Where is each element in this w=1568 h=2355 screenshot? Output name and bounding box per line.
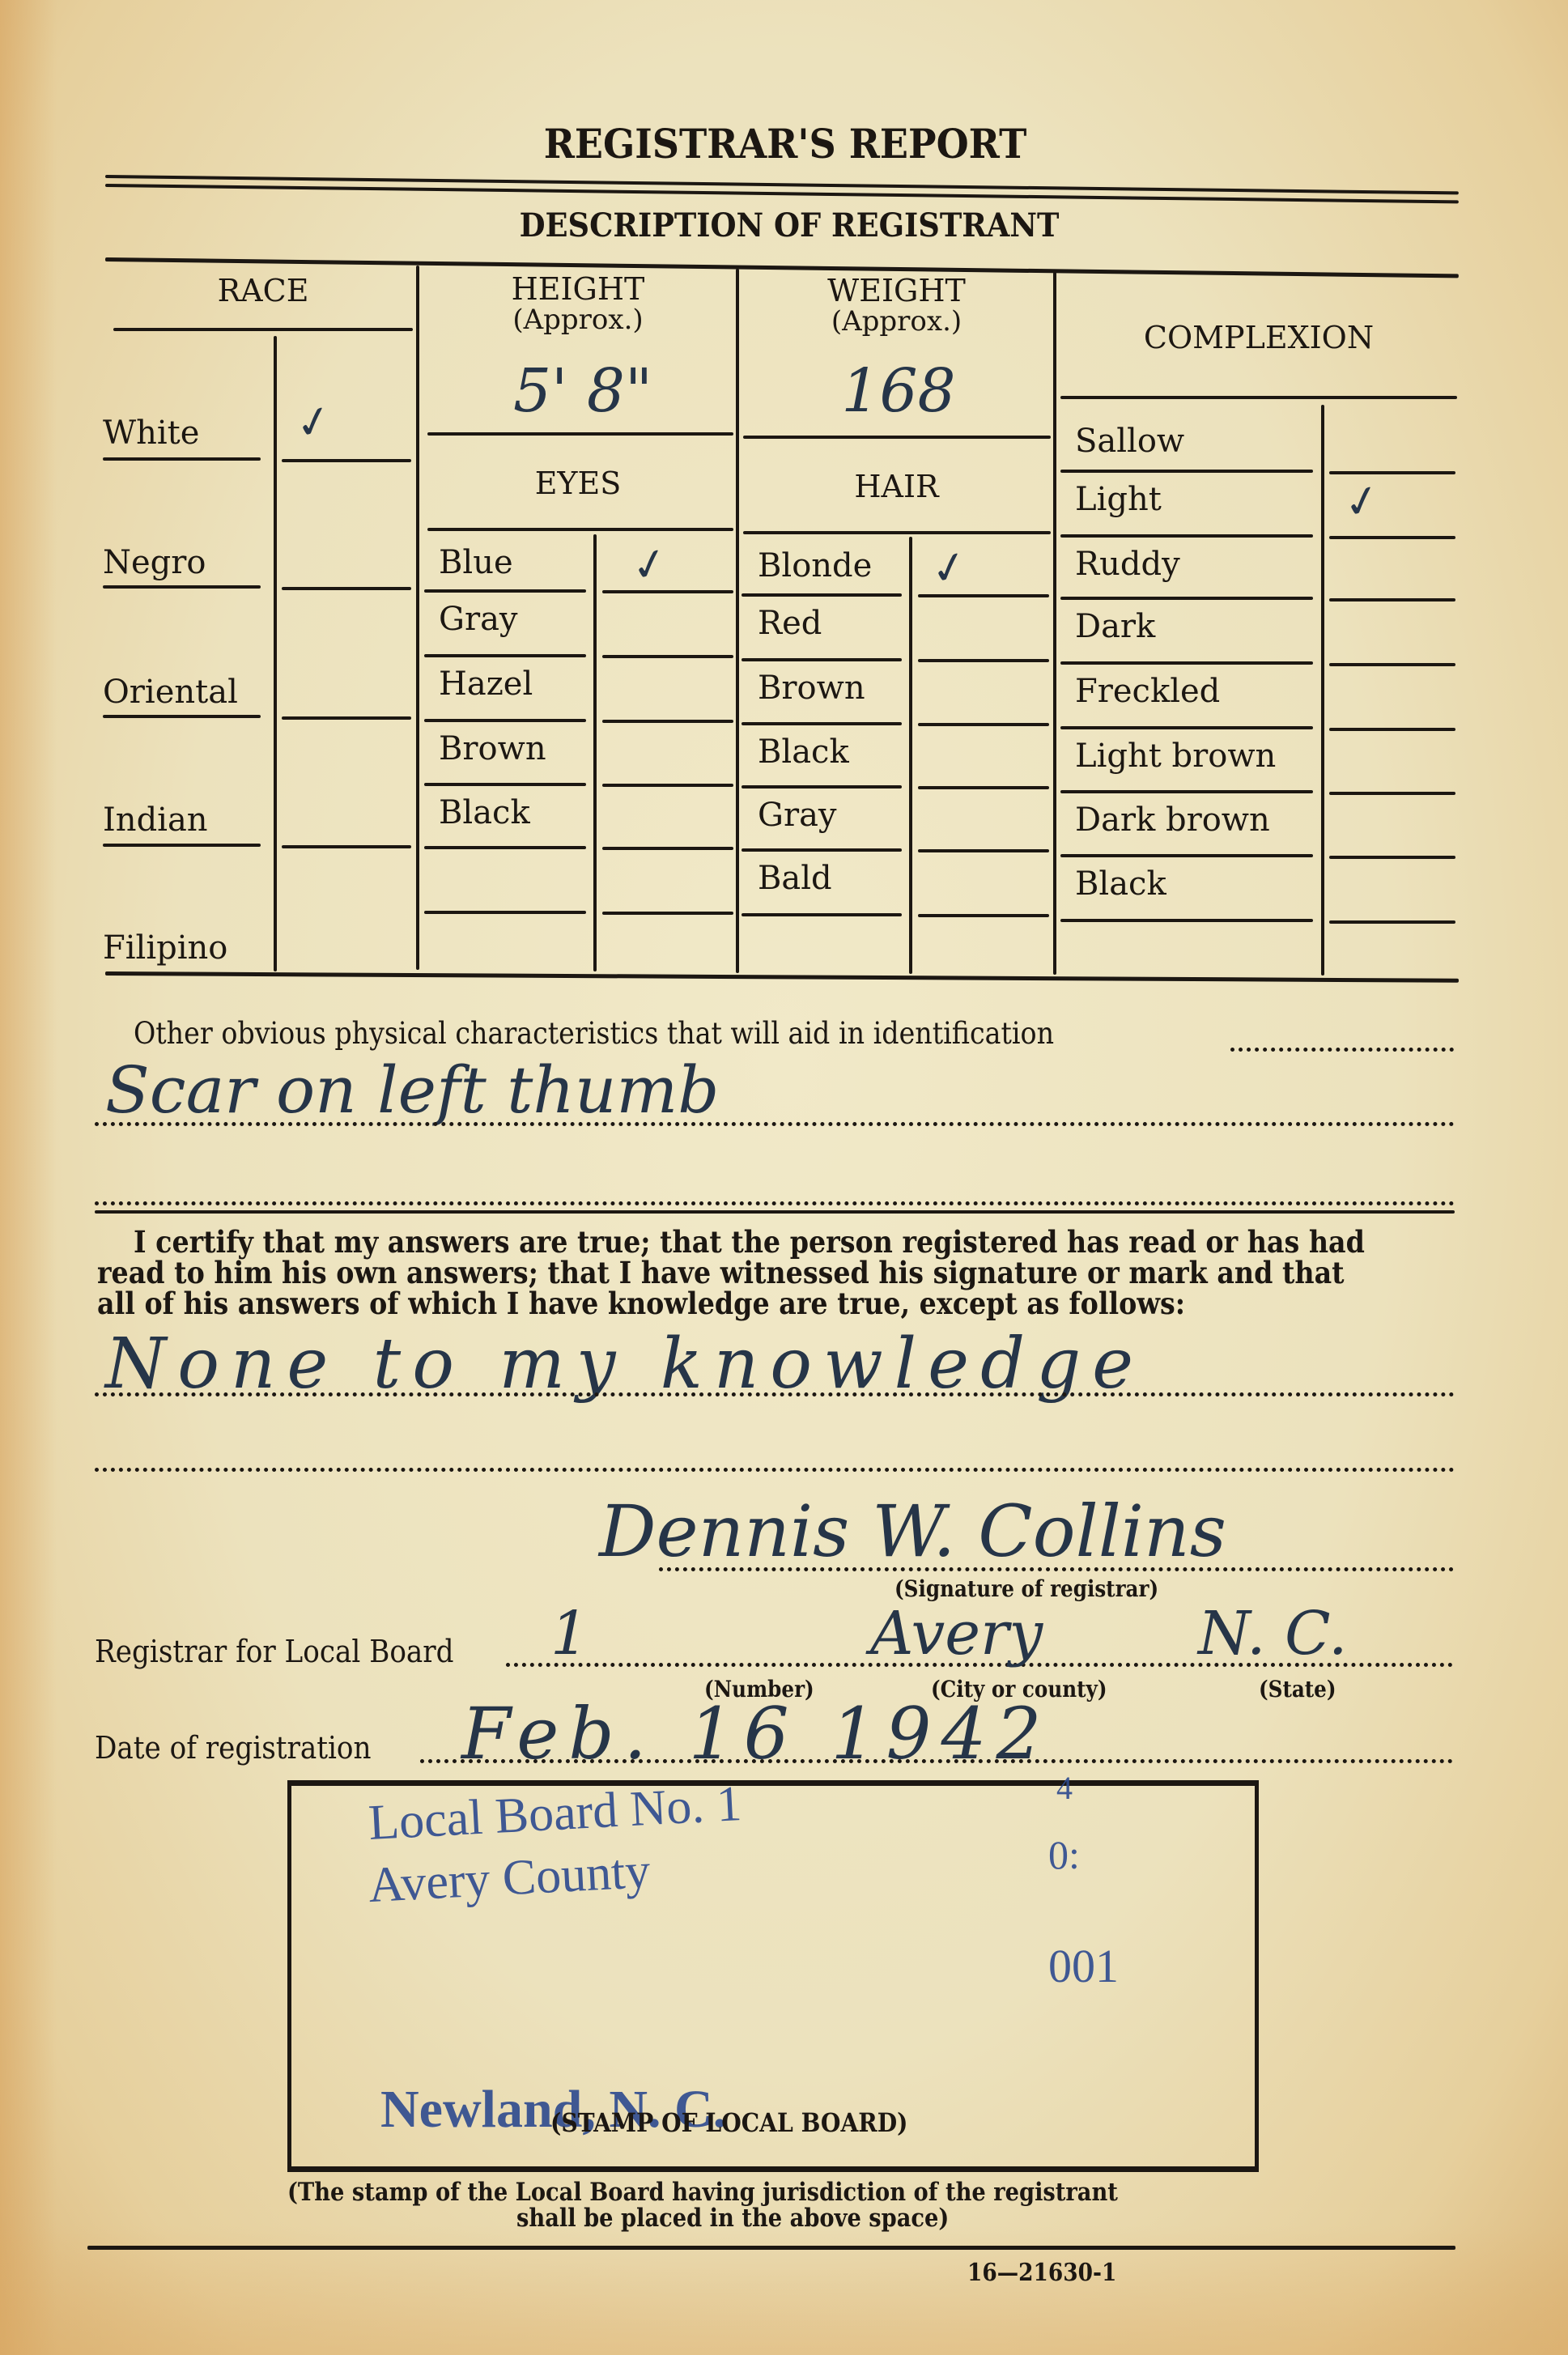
certification-line-3: all of his answers of which I have knowl… bbox=[97, 1288, 1185, 1319]
race-checkbox-negro[interactable] bbox=[279, 520, 413, 584]
hair-check-rule bbox=[918, 723, 1049, 726]
hair-row-rule bbox=[742, 722, 902, 725]
paper-bottom-shadow bbox=[0, 2225, 1568, 2355]
complexion-checkbox-sallow[interactable] bbox=[1328, 423, 1457, 471]
eyes-option-hazel: Hazel bbox=[439, 665, 533, 703]
eyes-row-rule bbox=[424, 846, 586, 849]
complexion-check-rule bbox=[1329, 728, 1455, 731]
complexion-checkbox-dark[interactable] bbox=[1328, 608, 1457, 657]
board-label: Registrar for Local Board bbox=[95, 1634, 454, 1669]
exceptions-line-1 bbox=[95, 1392, 1455, 1396]
certification-line-1: I certify that my answers are true; that… bbox=[134, 1226, 1365, 1257]
hair-row-rule bbox=[742, 593, 902, 597]
complexion-check-rule bbox=[1329, 920, 1455, 924]
complexion-check-rule bbox=[1329, 856, 1455, 859]
eyes-checkbox-brown[interactable] bbox=[599, 730, 733, 779]
characteristics-line-1 bbox=[95, 1122, 1455, 1126]
race-header-rule bbox=[113, 328, 413, 331]
stamp-mark-3: 4 bbox=[1056, 1769, 1073, 1807]
hair-row-rule bbox=[742, 913, 902, 916]
complexion-checkbox-dark-brown[interactable] bbox=[1328, 801, 1457, 850]
stamp-caption-line-2: shall be placed in the above space) bbox=[516, 2204, 949, 2233]
certification-line-2: read to him his own answers; that I have… bbox=[97, 1257, 1345, 1288]
complexion-row-rule bbox=[1060, 661, 1313, 665]
race-check-rule bbox=[282, 587, 411, 590]
complexion-row-rule bbox=[1060, 726, 1313, 729]
hair-checkbox-red[interactable] bbox=[915, 605, 1048, 653]
race-check-rule bbox=[282, 459, 411, 462]
race-row-rule bbox=[103, 844, 261, 847]
race-check-rule bbox=[282, 716, 411, 720]
divider-race-height bbox=[416, 266, 419, 970]
eyes-option-brown: Brown bbox=[439, 730, 546, 767]
complexion-checkbox-freckled[interactable] bbox=[1328, 673, 1457, 721]
complexion-option-light: Light bbox=[1075, 481, 1162, 518]
weight-approx-label: (Approx.) bbox=[741, 306, 1052, 337]
complexion-check-rule bbox=[1329, 536, 1455, 539]
eyes-check-rule bbox=[602, 784, 733, 787]
complexion-check-rule bbox=[1329, 663, 1455, 666]
complexion-checkbox-light-brown[interactable] bbox=[1328, 738, 1457, 786]
board-county-value[interactable]: Avery bbox=[870, 1599, 1043, 1668]
height-rule bbox=[427, 432, 733, 436]
eyes-header: EYES bbox=[421, 468, 735, 499]
divider-height-weight bbox=[736, 269, 739, 973]
race-row-rule bbox=[103, 457, 261, 461]
complexion-header-rule bbox=[1060, 396, 1457, 399]
eyes-check-rule bbox=[602, 912, 733, 915]
hair-check-rule bbox=[918, 659, 1049, 662]
eyes-option-black: Black bbox=[439, 794, 530, 831]
page-title: REGISTRAR'S REPORT bbox=[529, 120, 1043, 168]
divider-race-check bbox=[274, 336, 277, 971]
complexion-option-black: Black bbox=[1075, 865, 1166, 903]
race-header: RACE bbox=[113, 275, 413, 306]
eyes-check-rule bbox=[602, 590, 733, 593]
characteristics-label-leader bbox=[1230, 1048, 1454, 1052]
complexion-check-rule bbox=[1329, 471, 1455, 474]
eyes-checkbox-hazel[interactable] bbox=[599, 665, 733, 714]
race-option-indian: Indian bbox=[103, 801, 208, 839]
hair-checkbox-brown[interactable] bbox=[915, 670, 1048, 718]
weight-header: WEIGHT (Approx.) bbox=[741, 275, 1052, 337]
board-number-value[interactable]: 1 bbox=[550, 1599, 589, 1668]
complexion-option-ruddy: Ruddy bbox=[1075, 546, 1180, 583]
stamp-box-label: (STAMP OF LOCAL BOARD) bbox=[550, 2107, 907, 2138]
race-check-rule bbox=[282, 845, 411, 848]
weight-label: WEIGHT bbox=[827, 273, 966, 308]
characteristics-line-2 bbox=[95, 1201, 1455, 1205]
hair-checkbox-black[interactable] bbox=[915, 733, 1048, 782]
complexion-row-rule bbox=[1060, 534, 1313, 538]
eyes-check-rule bbox=[602, 847, 733, 850]
hair-checkbox-gray[interactable] bbox=[915, 797, 1048, 845]
eyes-row-rule bbox=[424, 911, 586, 914]
race-option-negro: Negro bbox=[103, 544, 206, 581]
state-label: (State) bbox=[1259, 1676, 1336, 1702]
hair-header: HAIR bbox=[741, 471, 1052, 502]
divider-hair-check bbox=[909, 537, 912, 974]
eyes-option-blue: Blue bbox=[439, 544, 513, 581]
hair-option-black: Black bbox=[758, 733, 849, 771]
eyes-option-gray: Gray bbox=[439, 601, 518, 638]
stamp-mark-1: 0: bbox=[1048, 1831, 1080, 1878]
height-value[interactable]: 5' 8" bbox=[461, 356, 704, 426]
divider-eyes-check bbox=[593, 534, 597, 971]
complexion-header: COMPLEXION bbox=[1060, 322, 1457, 353]
stamp-mark-2: 001 bbox=[1048, 1939, 1119, 1993]
complexion-row-rule bbox=[1060, 470, 1313, 473]
complexion-row-rule bbox=[1060, 919, 1313, 922]
section-rule bbox=[95, 1210, 1455, 1214]
eyes-checkbox-black[interactable] bbox=[599, 794, 733, 843]
date-label: Date of registration bbox=[95, 1730, 372, 1766]
eyes-row-rule bbox=[424, 783, 586, 786]
complexion-row-rule bbox=[1060, 597, 1313, 600]
complexion-option-dark-brown: Dark brown bbox=[1075, 801, 1270, 839]
hair-checkbox-bald[interactable] bbox=[915, 860, 1048, 908]
form-number: 16—21630-1 bbox=[967, 2259, 1116, 2287]
complexion-checkbox-ruddy[interactable] bbox=[1328, 546, 1457, 594]
title-rule-bottom bbox=[105, 184, 1459, 203]
eyes-row-rule bbox=[424, 654, 586, 657]
paper-edge-shadow bbox=[0, 0, 57, 2355]
hair-option-red: Red bbox=[758, 605, 822, 642]
hair-option-gray: Gray bbox=[758, 797, 837, 834]
eyes-check-rule bbox=[602, 655, 733, 658]
section-title: DESCRIPTION OF REGISTRANT bbox=[495, 206, 1084, 244]
race-option-filipino: Filipino bbox=[103, 929, 227, 967]
complexion-check-rule bbox=[1329, 598, 1455, 602]
eyes-row-rule bbox=[424, 719, 586, 722]
hair-row-rule bbox=[742, 658, 902, 661]
weight-rule bbox=[743, 436, 1051, 439]
registrar-signature[interactable]: Dennis W. Collins bbox=[599, 1490, 1226, 1573]
height-approx-label: (Approx.) bbox=[421, 304, 735, 335]
characteristics-value[interactable]: Scar on left thumb bbox=[105, 1052, 719, 1128]
complexion-checkbox-black[interactable] bbox=[1328, 865, 1457, 914]
hair-check-rule bbox=[918, 914, 1049, 917]
eyes-check-rule bbox=[602, 720, 733, 723]
complexion-check-rule bbox=[1329, 792, 1455, 795]
race-row-rule bbox=[103, 715, 261, 718]
hair-option-blonde: Blonde bbox=[758, 547, 872, 584]
race-option-oriental: Oriental bbox=[103, 674, 238, 711]
hair-row-rule bbox=[742, 848, 902, 852]
hair-option-brown: Brown bbox=[758, 670, 865, 707]
race-option-white: White bbox=[103, 414, 199, 452]
exceptions-line-2 bbox=[95, 1468, 1455, 1472]
complexion-option-freckled: Freckled bbox=[1075, 673, 1220, 710]
board-state-value[interactable]: N. C. bbox=[1198, 1599, 1348, 1668]
eyes-checkbox-gray[interactable] bbox=[599, 601, 733, 649]
race-checkbox-indian[interactable] bbox=[279, 777, 413, 842]
stamp-caption-line-1: (The stamp of the Local Board having jur… bbox=[287, 2178, 1118, 2207]
signature-line bbox=[659, 1567, 1454, 1571]
complexion-option-sallow: Sallow bbox=[1075, 423, 1184, 460]
height-header: HEIGHT (Approx.) bbox=[421, 274, 735, 335]
date-value[interactable]: Feb. 16 1942 bbox=[461, 1692, 1052, 1775]
hair-row-rule bbox=[742, 785, 902, 789]
complexion-row-rule bbox=[1060, 790, 1313, 793]
hair-header-rule bbox=[743, 531, 1051, 534]
characteristics-label: Other obvious physical characteristics t… bbox=[134, 1018, 1054, 1049]
divider-complexion-check bbox=[1321, 405, 1324, 976]
height-label: HEIGHT bbox=[512, 271, 645, 307]
complexion-option-light-brown: Light brown bbox=[1075, 738, 1276, 775]
race-checkbox-filipino[interactable] bbox=[279, 905, 413, 970]
eyes-header-rule bbox=[427, 528, 733, 531]
weight-value[interactable]: 168 bbox=[777, 356, 1020, 426]
hair-check-rule bbox=[918, 594, 1049, 597]
footer-rule bbox=[87, 2246, 1455, 2250]
hair-option-bald: Bald bbox=[758, 860, 832, 897]
complexion-option-dark: Dark bbox=[1075, 608, 1155, 645]
complexion-row-rule bbox=[1060, 854, 1313, 857]
divider-weight-complexion bbox=[1053, 272, 1056, 975]
eyes-row-rule bbox=[424, 589, 586, 593]
race-row-rule bbox=[103, 585, 261, 589]
hair-check-rule bbox=[918, 786, 1049, 789]
hair-check-rule bbox=[918, 849, 1049, 852]
race-checkbox-oriental[interactable] bbox=[279, 649, 413, 714]
table-bottom-rule bbox=[105, 971, 1459, 983]
